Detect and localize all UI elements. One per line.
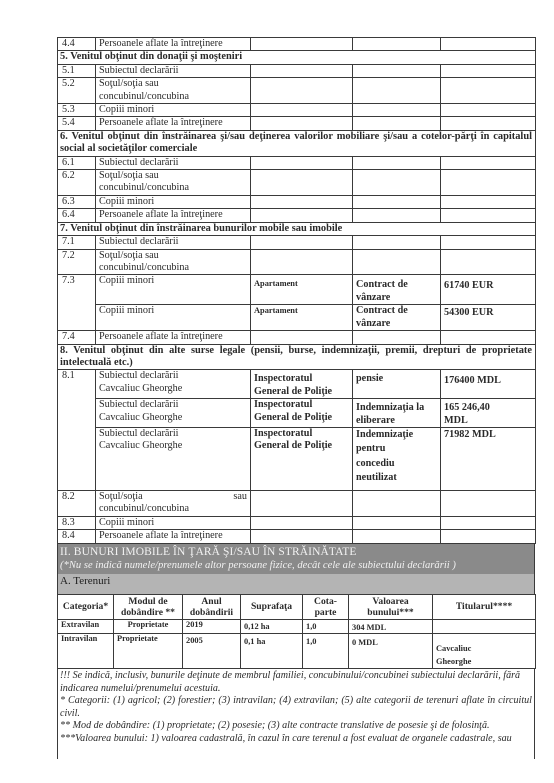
table-row: 7.1 Subiectul declarării [58, 236, 536, 249]
table-row: Subiectul declarăriiCavcaliuc Gheorghe I… [58, 427, 536, 490]
table-row: 6.3 Copiii minori [58, 195, 536, 208]
table-row: 7.2 Soţul/soţia sauconcubinul/concubina [58, 249, 536, 275]
section-5-title: 5. Venitul obţinut din donaţii şi moşten… [58, 51, 536, 64]
row-number: 6.1 [58, 156, 96, 169]
table-row: 6.2 Soţul/soţia sauconcubinul/concubina [58, 170, 536, 196]
row-label: Soţul/soţia sauconcubinul/concubina [96, 249, 251, 275]
real-estate-header: II. BUNURI IMOBILE ÎN ŢARĂ ŞI/SAU ÎN STR… [57, 544, 535, 594]
lands-table: Categoria* Modul de dobândire ** Anul do… [57, 594, 536, 669]
payer: InspectoratulGeneral de Poliţie [251, 399, 353, 428]
table-row: Intravilan Proprietate 2005 0,1 ha 1,0 0… [58, 634, 536, 669]
real-estate-subtitle: (*Nu se indică numele/prenumele altor pe… [58, 559, 534, 574]
row-label: Persoanele aflate la întreţinere [96, 331, 251, 344]
income-amount: 54300 EUR [441, 305, 536, 331]
table-row: 6.1 Subiectul declarării [58, 156, 536, 169]
section-heading: 6. Venitul obţinut din înstrăinarea şi/s… [58, 130, 536, 156]
table-row: 8.4 Persoanele aflate la întreţinere [58, 530, 536, 543]
column-header: Anul dobândirii [183, 594, 241, 619]
row-label: Persoanele aflate la întreţinere [96, 530, 251, 543]
income-amount: 61740 EUR [441, 275, 536, 305]
lands-subsection-title: A. Terenuri [58, 574, 534, 594]
row-number: 5.2 [58, 78, 96, 104]
row-number: 8.1 [58, 370, 96, 491]
row-label: Copiii minori [96, 195, 251, 208]
column-header: Titularul**** [433, 594, 536, 619]
row-number: 6.2 [58, 170, 96, 196]
column-header: Cota-parte [303, 594, 349, 619]
row-label: Copiii minori [96, 104, 251, 117]
footnote: !!! Se indică, inclusiv, bunurile deţinu… [60, 670, 532, 695]
real-estate-title: II. BUNURI IMOBILE ÎN ŢARĂ ŞI/SAU ÎN STR… [58, 544, 534, 559]
table-row: 5.2 Soţul/soţia sauconcubinul/concubina [58, 78, 536, 104]
column-header: Categoria* [58, 594, 114, 619]
income-type: Indemnizaţiepentruconcediuneutilizat [353, 427, 441, 490]
row-label: Copiii minori [96, 305, 251, 331]
table-row: 8.1 Subiectul declarăriiCavcaliuc Gheorg… [58, 370, 536, 399]
table-row: 8.2 Soţul/soţiasauconcubinul/concubina [58, 490, 536, 516]
section-heading: 7. Venitul obţinut din înstrăinarea bunu… [58, 222, 536, 235]
column-header: Valoarea bunului*** [349, 594, 433, 619]
asset-type: Apartament [251, 275, 353, 305]
section-8-title: 8. Venitul obţinut din alte surse legale… [58, 344, 536, 370]
table-row: 5.4 Persoanele aflate la întreţinere [58, 117, 536, 130]
row-label: Soţul/soţiasauconcubinul/concubina [96, 490, 251, 516]
row-label: Copiii minori [96, 516, 251, 529]
table-row: 5.1 Subiectul declarării [58, 64, 536, 77]
row-label: Subiectul declarăriiCavcaliuc Gheorghe [96, 399, 251, 428]
row-label: Persoanele aflate la întreţinere [96, 209, 251, 222]
table-row: 4.4 Persoanele aflate la întreţinere [58, 38, 536, 51]
income-source: Contract devânzare [353, 305, 441, 331]
section-6-title: 6. Venitul obţinut din înstrăinarea şi/s… [58, 130, 536, 156]
footnote: ** Mod de dobândire: (1) proprietate; (2… [60, 720, 532, 733]
row-label: Persoanele aflate la întreţinere [96, 117, 251, 130]
table-row: Subiectul declarăriiCavcaliuc Gheorghe I… [58, 399, 536, 428]
row-number: 5.3 [58, 104, 96, 117]
section-7-title: 7. Venitul obţinut din înstrăinarea bunu… [58, 222, 536, 235]
income-table: 4.4 Persoanele aflate la întreţinere 5. … [57, 37, 536, 544]
table-row: Extravilan Proprietate 2019 0,12 ha 1,0 … [58, 619, 536, 633]
row-label: Soţul/soţia sauconcubinul/concubina [96, 78, 251, 104]
asset-type: Apartament [251, 305, 353, 331]
section-heading: 8. Venitul obţinut din alte surse legale… [58, 344, 536, 370]
row-number: 6.3 [58, 195, 96, 208]
row-label: Subiectul declarării [96, 236, 251, 249]
row-number: 7.4 [58, 331, 96, 344]
table-row: Copiii minori Apartament Contract devânz… [58, 305, 536, 331]
table-row: 7.4 Persoanele aflate la întreţinere [58, 331, 536, 344]
row-number: 7.3 [58, 275, 96, 331]
row-number: 7.1 [58, 236, 96, 249]
payer: InspectoratulGeneral de Poliţie [251, 427, 353, 490]
column-header: Modul de dobândire ** [114, 594, 183, 619]
column-header: Suprafaţa [241, 594, 303, 619]
row-number: 5.1 [58, 64, 96, 77]
row-number: 8.4 [58, 530, 96, 543]
table-row: 8.3 Copiii minori [58, 516, 536, 529]
income-type: Indemnizaţia laeliberare [353, 399, 441, 428]
income-amount: 71982 MDL [441, 427, 536, 490]
footnote: ***Valoarea bunului: 1) valoarea cadastr… [60, 733, 532, 746]
lands-header-row: Categoria* Modul de dobândire ** Anul do… [58, 594, 536, 619]
row-label: Subiectul declarării [96, 64, 251, 77]
row-label: Subiectul declarăriiCavcaliuc Gheorghe [96, 427, 251, 490]
payer: InspectoratulGeneral de Poliţie [251, 370, 353, 399]
income-amount: 165 246,40MDL [441, 399, 536, 428]
row-number: 7.2 [58, 249, 96, 275]
table-row: 5.3 Copiii minori [58, 104, 536, 117]
row-number: 4.4 [58, 38, 96, 51]
footnote: * Categorii: (1) agricol; (2) forestier;… [60, 695, 532, 720]
declaration-page: 4.4 Persoanele aflate la întreţinere 5. … [57, 37, 535, 759]
income-source: Contract devânzare [353, 275, 441, 305]
row-number: 6.4 [58, 209, 96, 222]
row-label: Subiectul declarării [96, 156, 251, 169]
income-type: pensie [353, 370, 441, 399]
row-label: Subiectul declarăriiCavcaliuc Gheorghe [96, 370, 251, 399]
row-label: Persoanele aflate la întreţinere [96, 38, 251, 51]
row-label: Copiii minori [96, 275, 251, 305]
income-amount: 176400 MDL [441, 370, 536, 399]
row-number: 8.3 [58, 516, 96, 529]
footnotes: !!! Se indică, inclusiv, bunurile deţinu… [57, 669, 535, 759]
table-row: 7.3 Copiii minori Apartament Contract de… [58, 275, 536, 305]
row-number: 5.4 [58, 117, 96, 130]
row-label: Soţul/soţia sauconcubinul/concubina [96, 170, 251, 196]
section-heading: 5. Venitul obţinut din donaţii şi moşten… [58, 51, 536, 64]
row-number: 8.2 [58, 490, 96, 516]
table-row: 6.4 Persoanele aflate la întreţinere [58, 209, 536, 222]
